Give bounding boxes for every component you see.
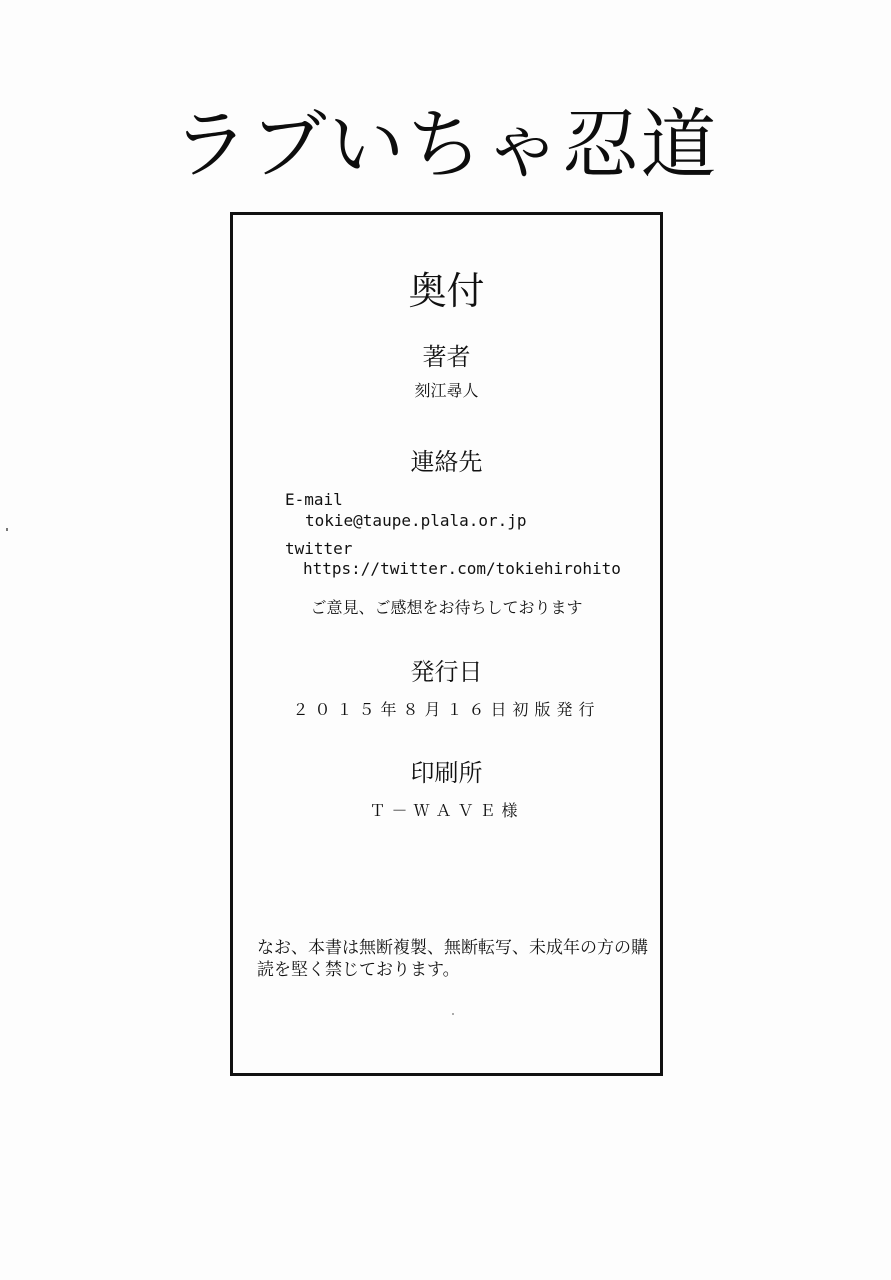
feedback-message: ご意見、ご感想をお待ちしております — [233, 597, 660, 619]
issue-date-value: ２０１５年８月１６日初版発行 — [233, 699, 660, 721]
email-address: tokie@taupe.plala.or.jp — [305, 511, 527, 531]
copyright-notice: なお、本書は無断複製、無断転写、未成年の方の購読を堅く禁じております。 — [257, 937, 657, 981]
scan-speck — [452, 1013, 454, 1015]
colophon-box: 奥付 著者 刻江尋人 連絡先 E-mail tokie@taupe.plala.… — [230, 212, 663, 1076]
twitter-url: https://twitter.com/tokiehirohito — [303, 559, 621, 579]
book-title: ラブいちゃ忍道 — [0, 95, 891, 195]
colophon-heading: 奥付 — [233, 269, 660, 313]
email-label: E-mail — [285, 490, 343, 510]
twitter-label: twitter — [285, 539, 352, 559]
printer-value: Ｔ－ＷＡＶＥ様 — [233, 800, 660, 822]
scan-speck — [6, 528, 8, 531]
contact-label: 連絡先 — [233, 447, 660, 477]
author-name: 刻江尋人 — [233, 380, 660, 402]
author-label: 著者 — [233, 342, 660, 372]
printer-label: 印刷所 — [233, 758, 660, 788]
issue-date-label: 発行日 — [233, 657, 660, 687]
